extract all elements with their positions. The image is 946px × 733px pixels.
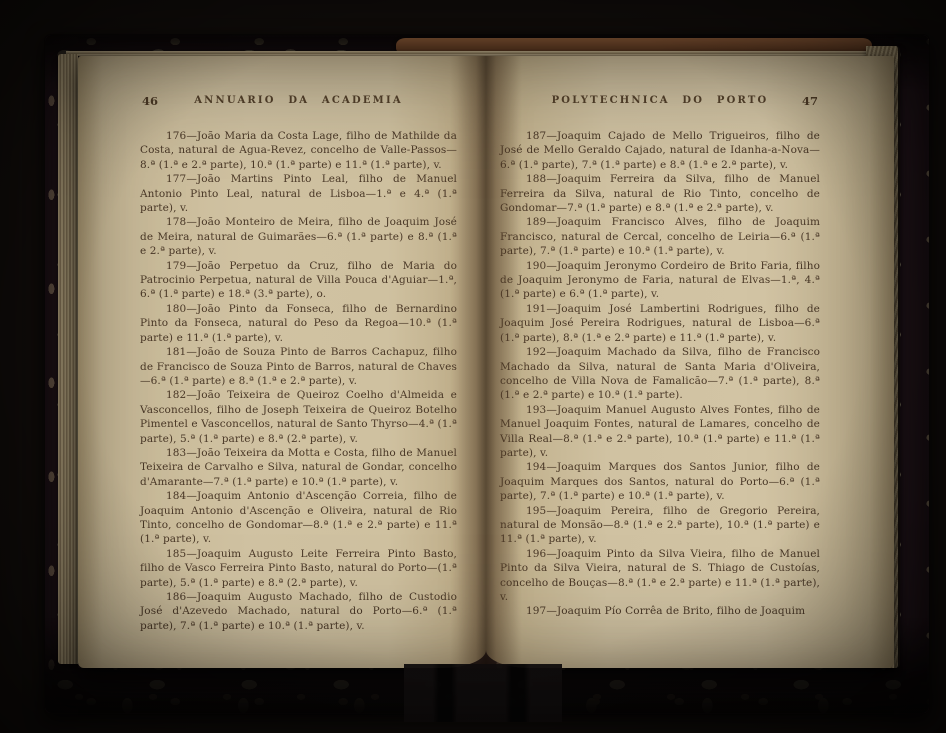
entry-paragraph: 191—Joaquim José Lambertini Rodrigues, f… [500, 302, 820, 345]
entry-paragraph: 193—Joaquim Manuel Augusto Alves Fontes,… [500, 403, 820, 461]
page-left: 46 ANNUARIO DA ACADEMIA 176—João Maria d… [78, 56, 486, 668]
entry-paragraph: 192—Joaquim Machado da Silva, filho de F… [500, 345, 820, 403]
entry-paragraph: 197—Joaquim Pío Corrêa de Brito, filho d… [500, 604, 820, 618]
entry-paragraph: 176—João Maria da Costa Lage, filho de M… [140, 129, 457, 172]
entry-paragraph: 187—Joaquim Cajado de Mello Trigueiros, … [500, 129, 820, 172]
running-title-right: POLYTECHNICA DO PORTO [500, 95, 820, 106]
entry-paragraph: 195—Joaquim Pereira, filho de Gregorio P… [500, 504, 820, 547]
open-pages: 46 ANNUARIO DA ACADEMIA 176—João Maria d… [78, 56, 894, 668]
entry-paragraph: 180—João Pinto da Fonseca, filho de Bern… [140, 302, 457, 345]
entry-paragraph: 179—João Perpetuo da Cruz, filho de Mari… [140, 259, 457, 302]
entry-paragraph: 183—João Teixeira da Motta e Costa, filh… [140, 446, 457, 489]
entry-paragraph: 189—Joaquim Francisco Alves, filho de Jo… [500, 215, 820, 258]
entry-paragraph: 190—Joaquim Jeronymo Cordeiro de Brito F… [500, 259, 820, 302]
page-body-left: 176—João Maria da Costa Lage, filho de M… [140, 129, 457, 633]
running-head-left: 46 ANNUARIO DA ACADEMIA [140, 95, 457, 108]
page-number-right: 47 [802, 94, 818, 108]
page-edges-left [58, 54, 78, 664]
running-head-right: POLYTECHNICA DO PORTO 47 [500, 95, 820, 108]
entry-paragraph: 196—Joaquim Pinto da Silva Vieira, filho… [500, 547, 820, 605]
spine-bottom [404, 664, 562, 722]
entry-paragraph: 177—João Martins Pinto Leal, filho de Ma… [140, 172, 457, 215]
book-photo: 46 ANNUARIO DA ACADEMIA 176—João Maria d… [0, 0, 946, 733]
page-number-left: 46 [142, 94, 158, 108]
entry-paragraph: 181—João de Souza Pinto de Barros Cachap… [140, 345, 457, 388]
entry-paragraph: 194—Joaquim Marques dos Santos Junior, f… [500, 460, 820, 503]
page-right: POLYTECHNICA DO PORTO 47 187—Joaquim Caj… [486, 56, 894, 668]
entry-paragraph: 184—Joaquim Antonio d'Ascenção Correia, … [140, 489, 457, 547]
page-body-right: 187—Joaquim Cajado de Mello Trigueiros, … [500, 129, 820, 619]
entry-paragraph: 178—João Monteiro de Meira, filho de Joa… [140, 215, 457, 258]
entry-paragraph: 182—João Teixeira de Queiroz Coelho d'Al… [140, 388, 457, 446]
entry-paragraph: 186—Joaquim Augusto Machado, filho de Cu… [140, 590, 457, 633]
entry-paragraph: 185—Joaquim Augusto Leite Ferreira Pinto… [140, 547, 457, 590]
running-title-left: ANNUARIO DA ACADEMIA [140, 95, 457, 106]
entry-paragraph: 188—Joaquim Ferreira da Silva, filho de … [500, 172, 820, 215]
